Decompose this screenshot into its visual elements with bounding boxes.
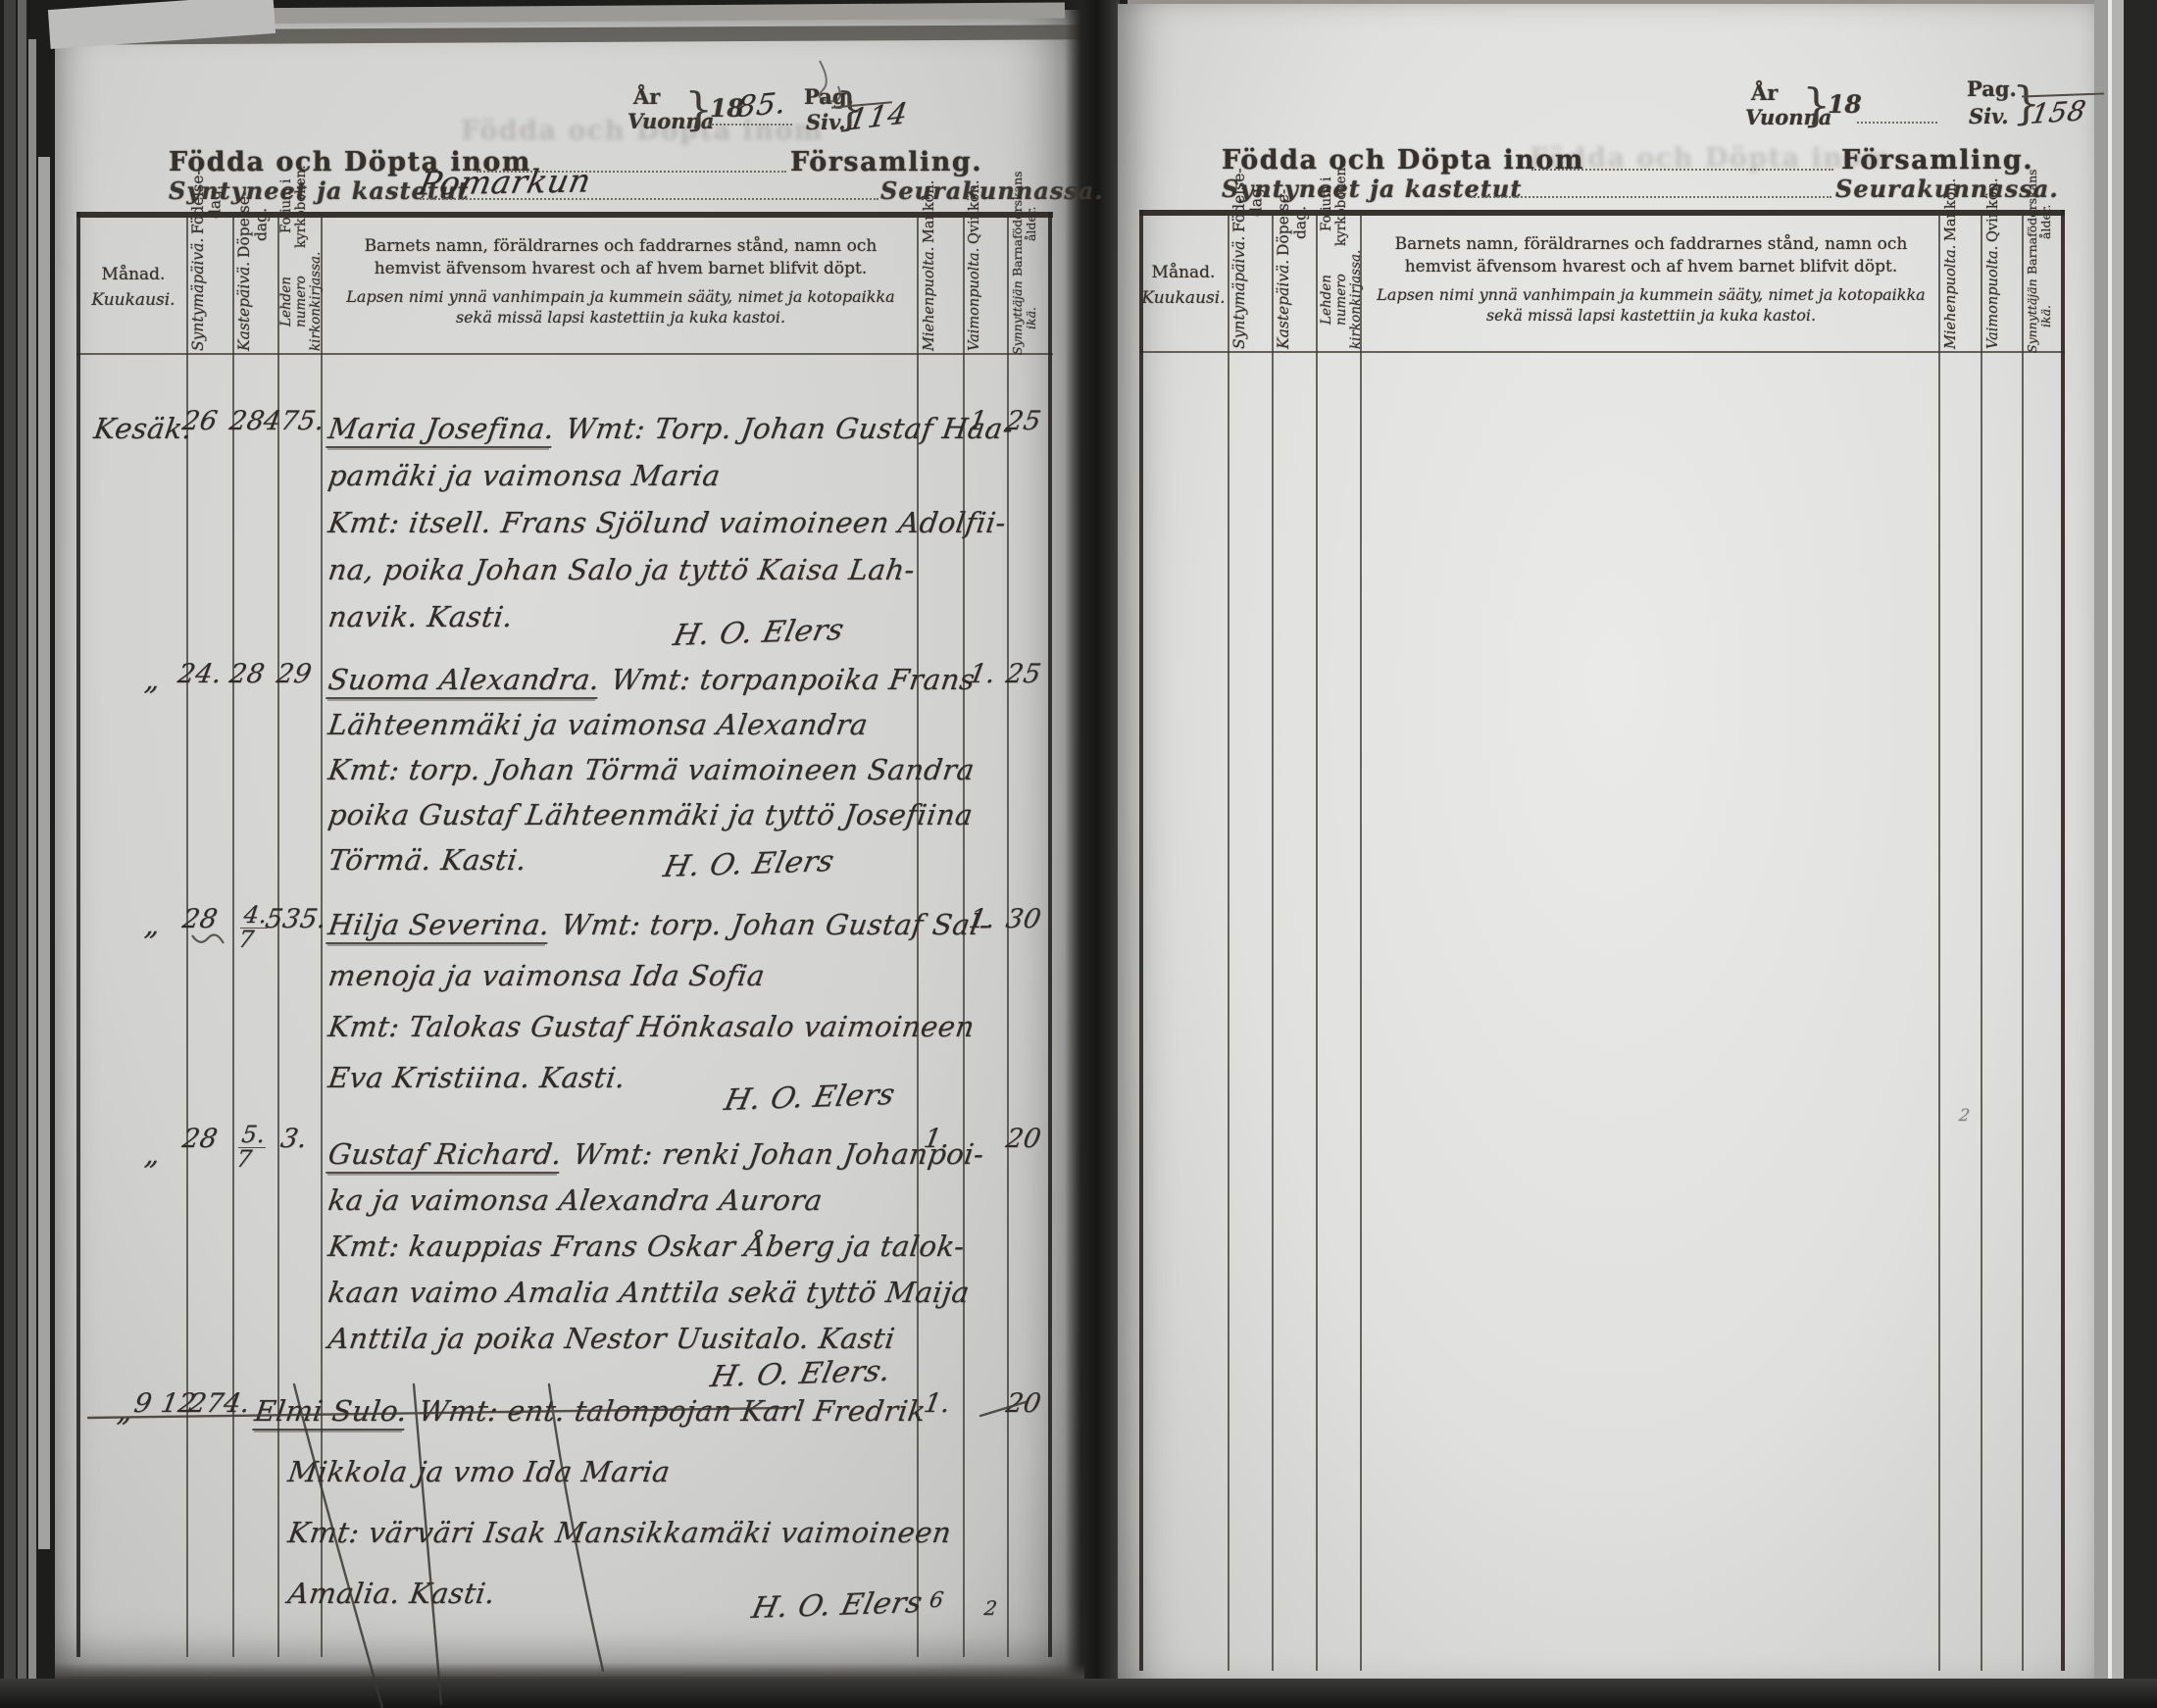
priest-signature: H. O. Elers [661,844,838,884]
col-header-baptism-day-sv: Döpelse-dag. [1276,189,1310,256]
entry-male-count: 1. [922,1124,953,1154]
entry-male-count: 1. [922,1388,953,1419]
entry-line1-rest: Wmt: torp. Johan Gustaf Sal- [559,908,992,941]
entry-text-line: kaan vaimo Amalia Anttila sekä tyttö Mai… [326,1276,972,1309]
scanned-parish-register-spread: År Vuonna } 18 85. Pag. Siv. } 114 Födda… [0,0,2157,1708]
col-rule [1228,216,1229,1671]
col-rule [2061,210,2065,1671]
entry-birth-day: 24. [176,659,225,689]
entry-birth-day: 26 [180,406,221,436]
child-name: Maria Josefina. [326,412,557,448]
entry-text-line: na, poika Johan Salo ja tyttö Kaisa Lah- [326,553,918,586]
entry-birth-day: 28 [180,1124,221,1154]
entry-text-line: Anttila ja poika Nestor Uusitalo. Kasti [326,1322,897,1355]
entry-mother-age: 30 [1004,904,1044,934]
col-header-male-fi: Miehenpuolta. [1943,245,1959,349]
col-header-birth-day-sv: Födelse-dag. [1231,168,1266,232]
year-prefix-right: 18 [1828,90,1862,119]
entry-month: „ [143,1137,163,1171]
entry-text-line: Gustaf Richard.Wmt: renki Johan Johanpoi… [326,1137,986,1171]
col-header-baptism-day-fi: Kastepäivä. [1276,260,1310,349]
entry-folio-number: 475. [261,406,327,436]
entry-text-line: Amalia. Kasti. [286,1577,498,1610]
entry-baptism-day: 28 [227,659,268,689]
col-header-female-right: Vaimonpuolta. Qvinkön. [1985,220,2001,349]
page-label-fi-right: Siv. [1969,104,2009,128]
entry-text-line: ka ja vaimonsa Alexandra Aurora [326,1183,826,1217]
entry-text-line: Kmt: kauppias Frans Oskar Åberg ja talok… [326,1230,967,1263]
entry-folio-number: 29 [275,659,315,689]
page-value-handwritten-right: 158 [2029,94,2089,130]
col-header-male-right: Miehenpuolta. Mankön. [1943,220,1959,349]
col-header-month-right: Månad. Kuukausi. [1141,261,1226,311]
entry-folio-number: 274. [186,1388,253,1419]
entry-text-line: Kmt: värväri Isak Mansikkamäki vaimoinee… [286,1516,954,1549]
entry-mother-age: 25 [1004,406,1044,436]
entry-line1-rest: Wmt: ent. talonpojan Karl Fredrik [417,1394,928,1428]
col-header-baptism-day-right: Kastepäivä. Döpelse-dag. [1276,220,1310,349]
entry-text-line: Eva Kristiina. Kasti. [326,1061,628,1094]
entry-month: „ [143,908,163,941]
entry-month: „ [143,663,163,696]
title-fi-line-right [1471,196,1831,198]
entry-folio-number: 3. [278,1124,310,1154]
entry-text-line: Maria Josefina.Wmt: Torp. Johan Gustaf H… [326,412,1016,445]
child-name: Suoma Alexandra. [326,663,602,699]
entry-text-line: menoja ja vaimonsa Ida Sofia [326,959,768,992]
col-header-birth-day-fi: Syntymäpäivä. [1231,236,1266,349]
col-header-female-sv: Qvinkön. [1985,177,2001,242]
year-line-right [1857,122,1937,124]
priest-signature: H. O. Elers [671,613,848,653]
col-header-male-sv: Mankön. [1943,177,1959,240]
entry-text-line: Mikkola ja vmo Ida Maria [286,1455,673,1488]
entry-mother-age: 25 [1004,659,1044,689]
col-header-mother-age-fi: Synnyttäjän ikä. [2026,278,2053,353]
col-header-mother-age-sv: Barnaföderskans ålder. [2026,170,2053,276]
col-rule [1139,210,1143,1671]
col-header-child-fi: Lapsen nimi ynnä vanhimpain ja kummein s… [1371,285,1931,327]
entry-birth-day: 9 [131,1388,154,1419]
priest-signature: H. O. Elers [749,1585,927,1626]
col-header-folio-sv: Folium i kyrkoboken. [1320,163,1364,245]
entry-text-line: pamäki ja vaimonsa Maria [326,459,723,492]
fraction-denominator: 7 [231,929,262,951]
entry-text-line: Elmi Sulo.Wmt: ent. talonpojan Karl Fred… [253,1394,928,1428]
child-name: Gustaf Richard. [326,1137,564,1174]
col-rule [2022,216,2024,1671]
entry-month: Kesäk. [92,412,195,445]
entry-text-line: Suoma Alexandra.Wmt: torpanpoika Frans [326,663,978,696]
entry-text-line: Kmt: itsell. Frans Sjölund vaimoineen Ad… [326,506,1009,539]
entry-female-count: 1. [967,659,998,689]
priest-signature: H. O. Elers [722,1078,899,1118]
year-brace-right: } [1802,82,1831,127]
col-header-child-sv: Barnets namn, föräldrarnes och faddrarne… [1371,233,1931,278]
entry-folio-number: 535. [263,904,329,934]
entry-mother-age: 20 [1004,1388,1044,1419]
page-label-sv-right: Pag. [1967,76,2017,101]
entry-text-line: poika Gustaf Lähteenmäki ja tyttö Josefi… [326,798,976,831]
col-rule [1360,216,1362,1671]
title-sv-before-right: Födda och Döpta inom [1222,145,1584,176]
title-sv-line-right [1531,169,1833,171]
title-fi-before-right: Syntyneet ja kastetut [1222,175,1522,203]
col-rule [1316,216,1318,1671]
entry-text-line: Törmä. Kasti. [326,843,529,877]
priest-signature: H. O. Elers. [708,1354,895,1394]
entry-text-line: Lähteenmäki ja vaimonsa Alexandra [326,708,871,741]
col-rule [1938,216,1940,1671]
entry-female-count: 1. [967,406,998,436]
entry-mother-age: 20 [1004,1124,1044,1154]
entry-female-count: 1. [967,904,998,934]
col-header-folio-fi: Lehden numero kirkonkirjassa. [1320,250,1364,349]
entry-text-line: navik. Kasti. [326,600,516,633]
child-name: Hilja Severina. [326,908,552,944]
entry-text-line: Kmt: Talokas Gustaf Hönkasalo vaimoineen [326,1010,978,1043]
col-header-month-fi: Kuukausi. [1141,286,1226,312]
entry-baptism-day: 5.7 [232,1124,267,1171]
entry-text-line: Kmt: torp. Johan Törmä vaimoineen Sandra [326,753,978,786]
title-sv-after-right: Församling. [1841,145,2033,176]
total-male: 6 [928,1588,945,1613]
fraction-denominator: 7 [229,1148,260,1171]
col-header-birth-day-right: Syntymäpäivä. Födelse-dag. [1231,220,1266,349]
col-header-female-fi: Vaimonpuolta. [1985,246,2001,349]
entry-line1-rest: Wmt: torpanpoika Frans [609,663,977,696]
child-name: Elmi Sulo. [252,1394,410,1431]
col-header-folio-right: Lehden numero kirkonkirjassa. Folium i k… [1320,220,1364,349]
entry-birth-day: 28 [180,904,221,934]
col-header-month-sv: Månad. [1141,261,1226,286]
entry-text-line: Hilja Severina.Wmt: torp. Johan Gustaf S… [326,908,992,941]
col-rule [1272,216,1274,1671]
entry-baptism-day: 4.7 [234,904,269,951]
col-header-child-right: Barnets namn, föräldrarnes och faddrarne… [1371,233,1931,326]
col-header-mother-age-right: Synnyttäjän ikä. Barnaföderskans ålder. [2026,216,2053,353]
entry-line1-rest: Wmt: Torp. Johan Gustaf Haa- [564,412,1015,445]
col-rule [1981,216,1982,1671]
year-label-sv-right: År [1751,80,1778,105]
table-header-rule-right [1139,351,2065,353]
